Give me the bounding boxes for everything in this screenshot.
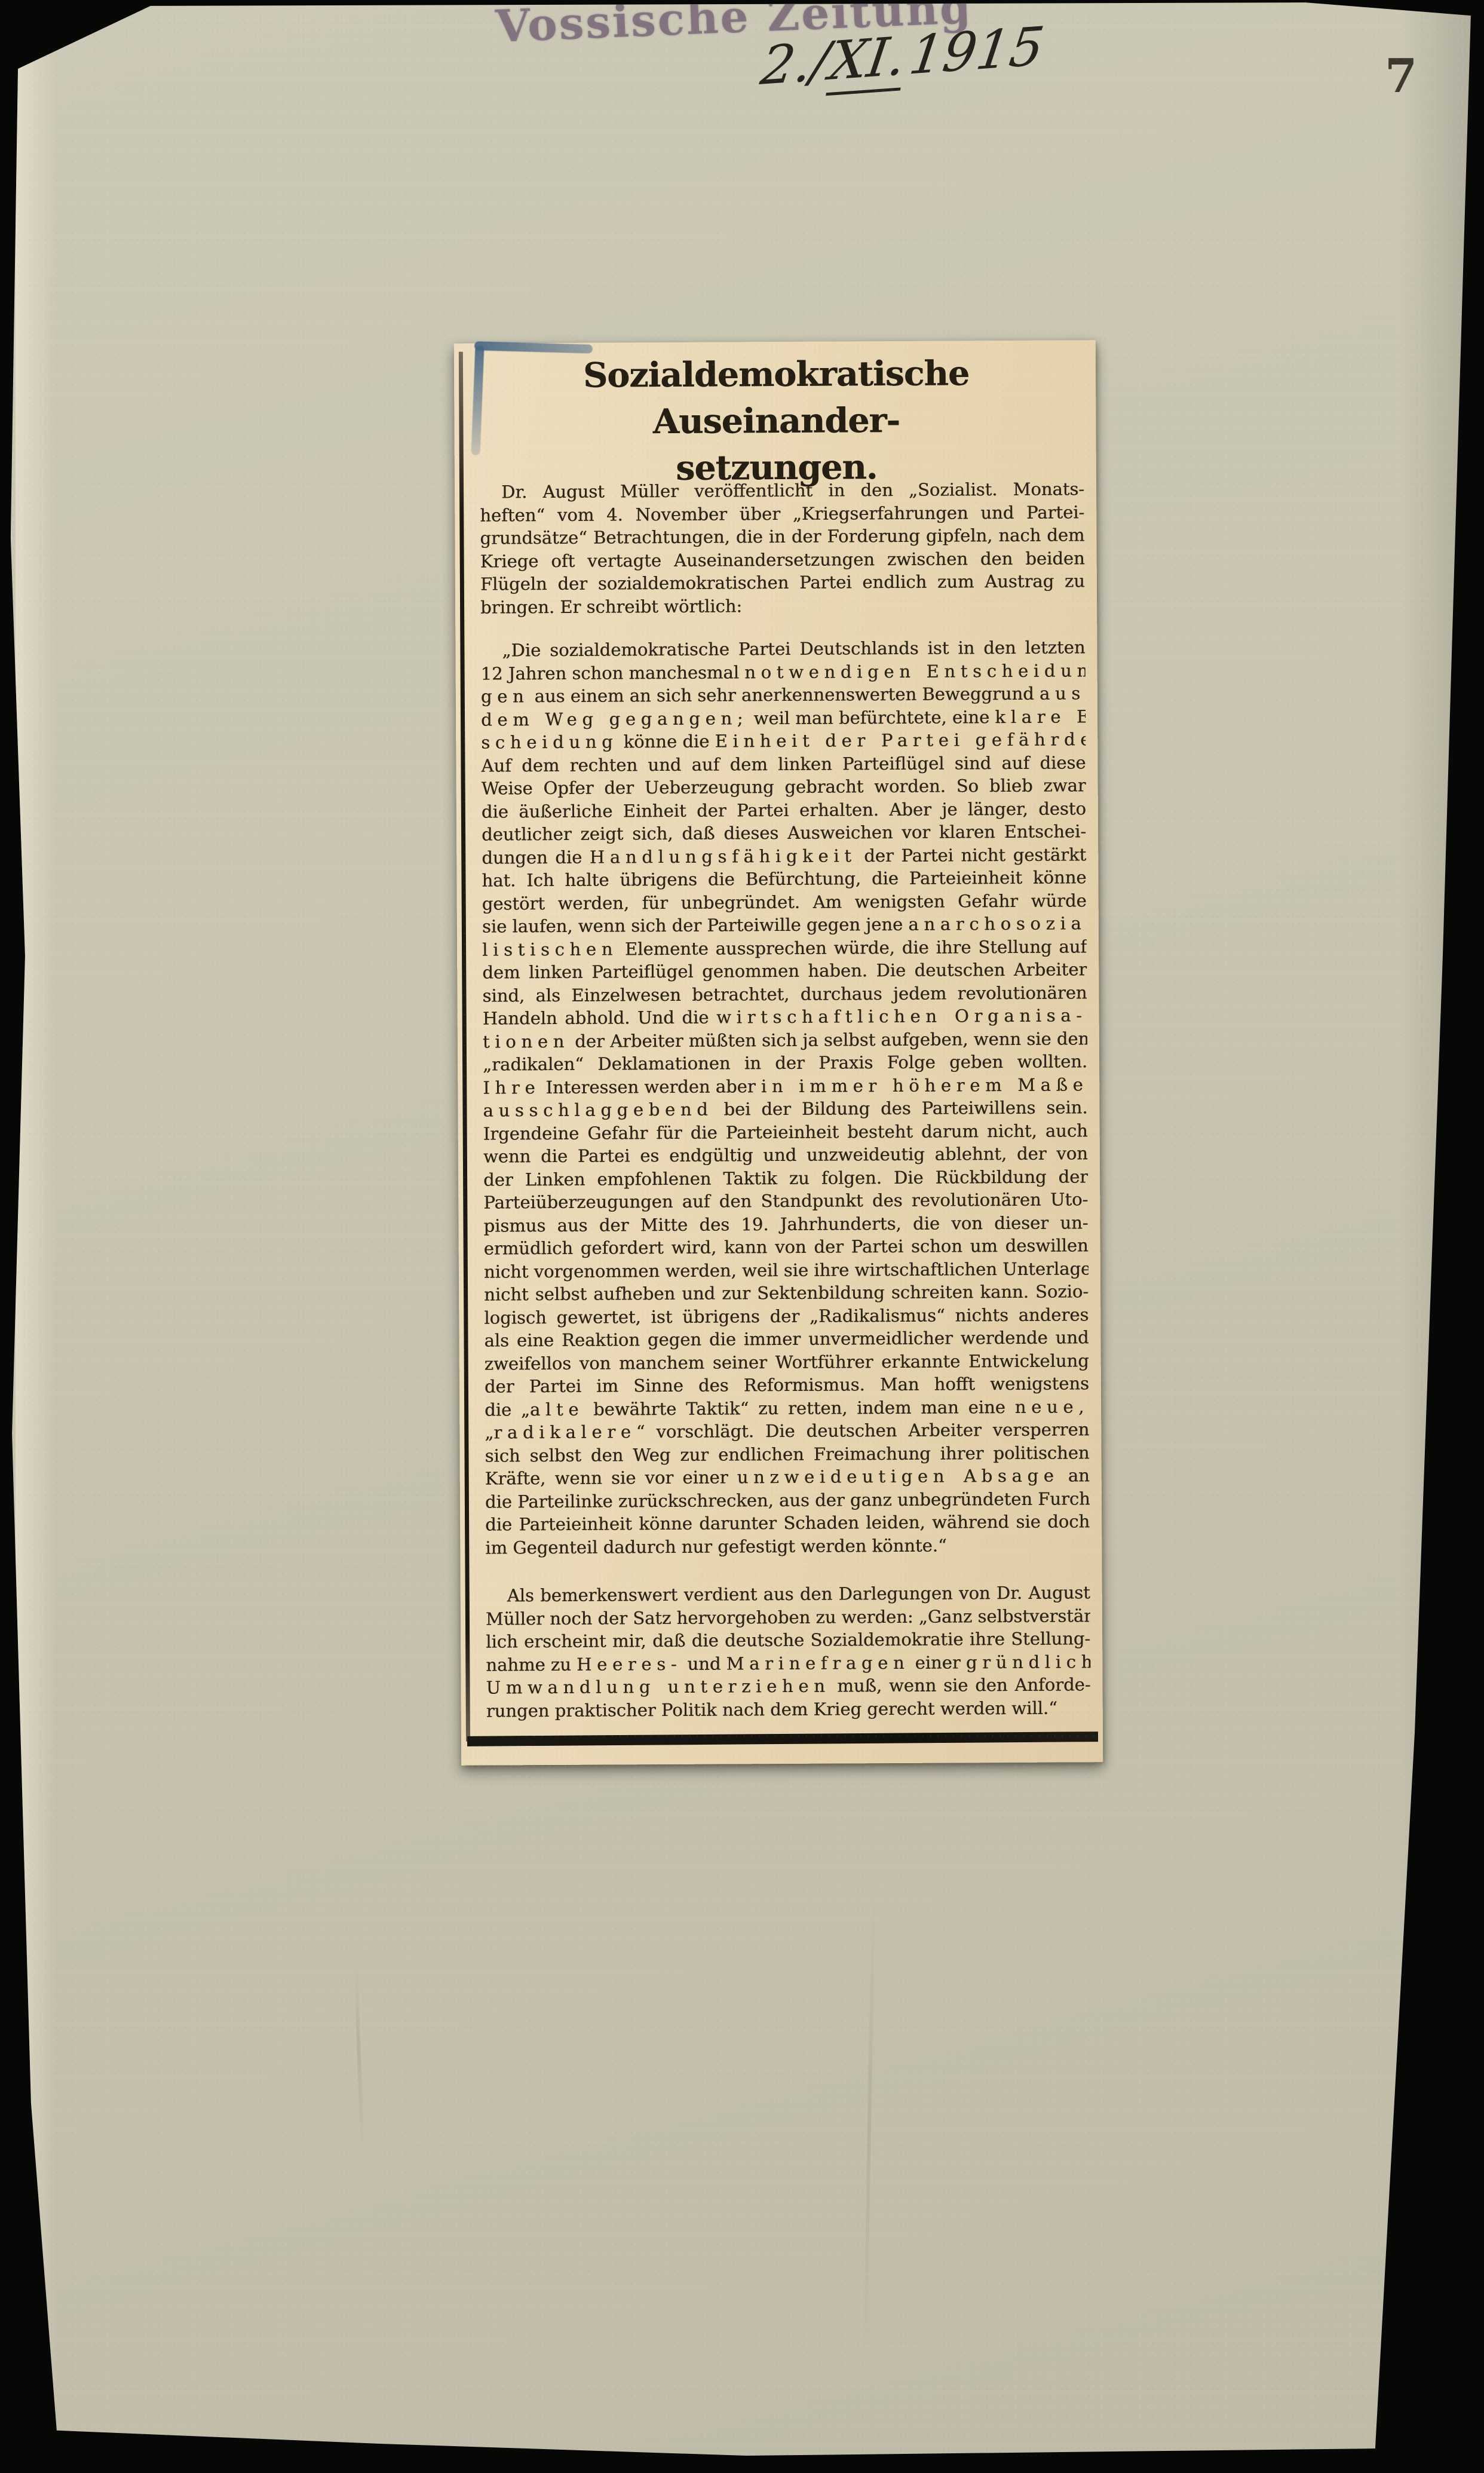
text-line: Müller noch der Satz hervorgehoben zu we… xyxy=(486,1604,1090,1631)
date-month: XI. xyxy=(826,24,910,96)
scan-background: Vossische Zeitung 2./XI.1915 7 Sozialdem… xyxy=(0,0,1484,2473)
letterspaced-text: listischen xyxy=(482,939,618,960)
text-line: ermüdlich gefordert wird, kann von der P… xyxy=(484,1234,1089,1260)
text-line: Kriege oft vertagte Auseinandersetzungen… xyxy=(480,547,1085,573)
letterspaced-text: gen xyxy=(481,686,529,706)
newspaper-clipping: Sozialdemokratische Auseinander- setzung… xyxy=(454,340,1103,1766)
text-line: grundsätze“ Betrachtungen, die in der Fo… xyxy=(480,523,1084,550)
page-number: 7 xyxy=(1385,49,1417,103)
letterspaced-text: in immer höherem Maße xyxy=(761,1074,1088,1096)
text-line: die „alte bewährte Taktik“ zu retten, in… xyxy=(485,1395,1089,1421)
text-line: Irgendeine Gefahr für die Parteieinheit … xyxy=(483,1119,1088,1145)
text-line: die Parteieinheit könne darunter Schaden… xyxy=(485,1510,1090,1536)
text-line: hat. Ich halte übrigens die Befürchtung,… xyxy=(482,866,1086,892)
text-line: scheidung könne die Einheit der Partei g… xyxy=(481,728,1086,754)
text-line: gestört werden, für unbegründet. Am weni… xyxy=(482,889,1087,915)
letterspaced-text: neue, xyxy=(1015,1396,1090,1417)
text-line: lich erscheint mir, daß die deutsche Soz… xyxy=(486,1627,1090,1653)
letterspaced-text: Marinefragen xyxy=(726,1652,910,1674)
text-line: tionen der Arbeiter müßten sich ja selbs… xyxy=(483,1027,1087,1053)
text-line: rungen praktischer Politik nach dem Krie… xyxy=(486,1696,1091,1723)
clipping-bottom-rule xyxy=(467,1732,1098,1746)
page-paper: Vossische Zeitung 2./XI.1915 7 Sozialdem… xyxy=(0,0,1484,2473)
text-line: Auf dem rechten und auf dem linken Parte… xyxy=(481,751,1086,777)
text-line: „Die sozialdemokratische Partei Deutschl… xyxy=(480,636,1085,662)
text-line: heften“ vom 4. November über „Kriegserfa… xyxy=(480,501,1084,527)
text-line: sind, als Einzelwesen betrachtet, durcha… xyxy=(482,981,1087,1007)
clipping-left-rule xyxy=(459,352,470,1742)
text-line: sich selbst den Weg zur endlichen Freima… xyxy=(485,1441,1089,1467)
letterspaced-text: Einheit der Partei gefährden. xyxy=(715,729,1086,752)
letterspaced-text: gründlichen xyxy=(966,1651,1091,1672)
letterspaced-text: aus xyxy=(1040,683,1086,703)
page-right-shading xyxy=(1400,0,1484,2473)
letterspaced-text: dem Weg gegangen; xyxy=(481,708,748,730)
letterspaced-text: ausschlaggebend xyxy=(483,1099,713,1121)
text-line: nahme zu Heeres- und Marinefragen einer … xyxy=(486,1650,1090,1677)
article-title-line1: Sozialdemokratische Auseinander- xyxy=(474,350,1078,446)
text-line: Dr. August Müller veröffentlicht in den … xyxy=(480,477,1084,504)
torn-edge-highlight xyxy=(16,0,55,2473)
letterspaced-text: Umwandlung unterziehen xyxy=(486,1676,830,1698)
text-line: die äußerliche Einheit der Partei erhalt… xyxy=(482,797,1086,823)
text-line: 12 Jahren schon manchesmal notwendigen E… xyxy=(481,659,1086,685)
text-line: deutlicher zeigt sich, daß dieses Auswei… xyxy=(482,820,1086,846)
text-line: sie laufen, wenn sich der Parteiwille ge… xyxy=(482,912,1087,938)
text-line: bringen. Er schreibt wörtlich: xyxy=(480,593,1085,619)
letterspaced-text: klare Ent- xyxy=(995,706,1086,727)
text-line: gen aus einem an sich sehr anerkennenswe… xyxy=(481,682,1086,708)
text-line: „radikalen“ Deklamationen in der Praxis … xyxy=(483,1050,1087,1076)
date-year: 1915 xyxy=(906,15,1048,87)
paper-crease xyxy=(863,1900,875,2354)
text-line: der Partei im Sinne des Reformismus. Man… xyxy=(485,1372,1089,1398)
text-line: nicht selbst aufheben und zur Sektenbild… xyxy=(484,1280,1089,1306)
text-line: dem Weg gegangen; weil man befürchtete, … xyxy=(481,705,1086,731)
letterspaced-text: Ihre xyxy=(483,1077,540,1098)
text-line: als eine Reaktion gegen die immer unverm… xyxy=(484,1326,1089,1352)
text-line: pismus aus der Mitte des 19. Jahrhundert… xyxy=(483,1211,1088,1237)
letterspaced-text: scheidung xyxy=(481,731,618,752)
text-line: dem linken Parteiflügel genommen haben. … xyxy=(482,958,1087,984)
text-line: die Parteilinke zurückschrecken, aus der… xyxy=(485,1487,1090,1513)
text-line: Ihre Interessen werden aber in immer höh… xyxy=(483,1073,1087,1099)
text-line: der Linken empfohlenen Taktik zu folgen.… xyxy=(483,1165,1088,1191)
text-line: Parteiüberzeugungen auf den Standpunkt d… xyxy=(483,1188,1088,1214)
text-line: ausschlaggebend bei der Bildung des Part… xyxy=(483,1096,1087,1122)
letterspaced-text: Handlungsfähigkeit xyxy=(590,845,857,867)
text-line: Weise Opfer der Ueberzeugung gebracht wo… xyxy=(482,774,1086,800)
letterspaced-text: alte xyxy=(530,1399,584,1419)
article-paragraph-intro: Dr. August Müller veröffentlicht in den … xyxy=(480,477,1085,618)
text-line: wenn die Partei es endgültig und unzweid… xyxy=(483,1142,1088,1168)
letterspaced-text: wirtschaftlichen Organisa- xyxy=(716,1005,1087,1027)
text-line: im Gegenteil dadurch nur gefestigt werde… xyxy=(485,1533,1090,1559)
text-line: Als bemerkenswert verdient aus den Darle… xyxy=(486,1581,1090,1607)
paper-crease xyxy=(354,1960,364,2151)
text-line: Handeln abhold. Und die wirtschaftlichen… xyxy=(483,1004,1087,1030)
text-line: nicht vorgenommen werden, weil sie ihre … xyxy=(484,1257,1089,1283)
article-paragraph-quote: „Die sozialdemokratische Partei Deutschl… xyxy=(480,636,1090,1559)
article-title: Sozialdemokratische Auseinander- setzung… xyxy=(474,350,1078,492)
article-body: Dr. August Müller veröffentlicht in den … xyxy=(480,477,1091,1722)
letterspaced-text: unzweideutigen Absage xyxy=(737,1466,1059,1488)
letterspaced-text: Heeres- xyxy=(577,1653,682,1674)
date-day: 2./ xyxy=(757,30,833,97)
text-line: zweifellos von manchem seiner Wortführer… xyxy=(485,1349,1089,1375)
text-line: Kräfte, wenn sie vor einer unzweideutige… xyxy=(485,1464,1090,1490)
article-paragraph-closing: Als bemerkenswert verdient aus den Darle… xyxy=(486,1581,1091,1722)
text-line: Flügeln der sozialdemokratischen Partei … xyxy=(480,569,1085,596)
text-line: logisch gewertet, ist übrigens der „Radi… xyxy=(484,1303,1089,1329)
text-line: Umwandlung unterziehen muß, wenn sie den… xyxy=(486,1673,1090,1699)
text-line: dungen die Handlungsfähigkeit der Partei… xyxy=(482,843,1086,869)
text-line: listischen Elemente aussprechen würde, d… xyxy=(482,935,1087,961)
letterspaced-text: radikalere xyxy=(493,1421,636,1442)
letterspaced-text: tionen xyxy=(483,1031,569,1052)
letterspaced-text: anarchosozia- xyxy=(908,913,1087,934)
text-line: „radikalere“ vorschlägt. Die deutschen A… xyxy=(485,1418,1089,1444)
letterspaced-text: notwendigen Entscheidun- xyxy=(744,660,1086,682)
